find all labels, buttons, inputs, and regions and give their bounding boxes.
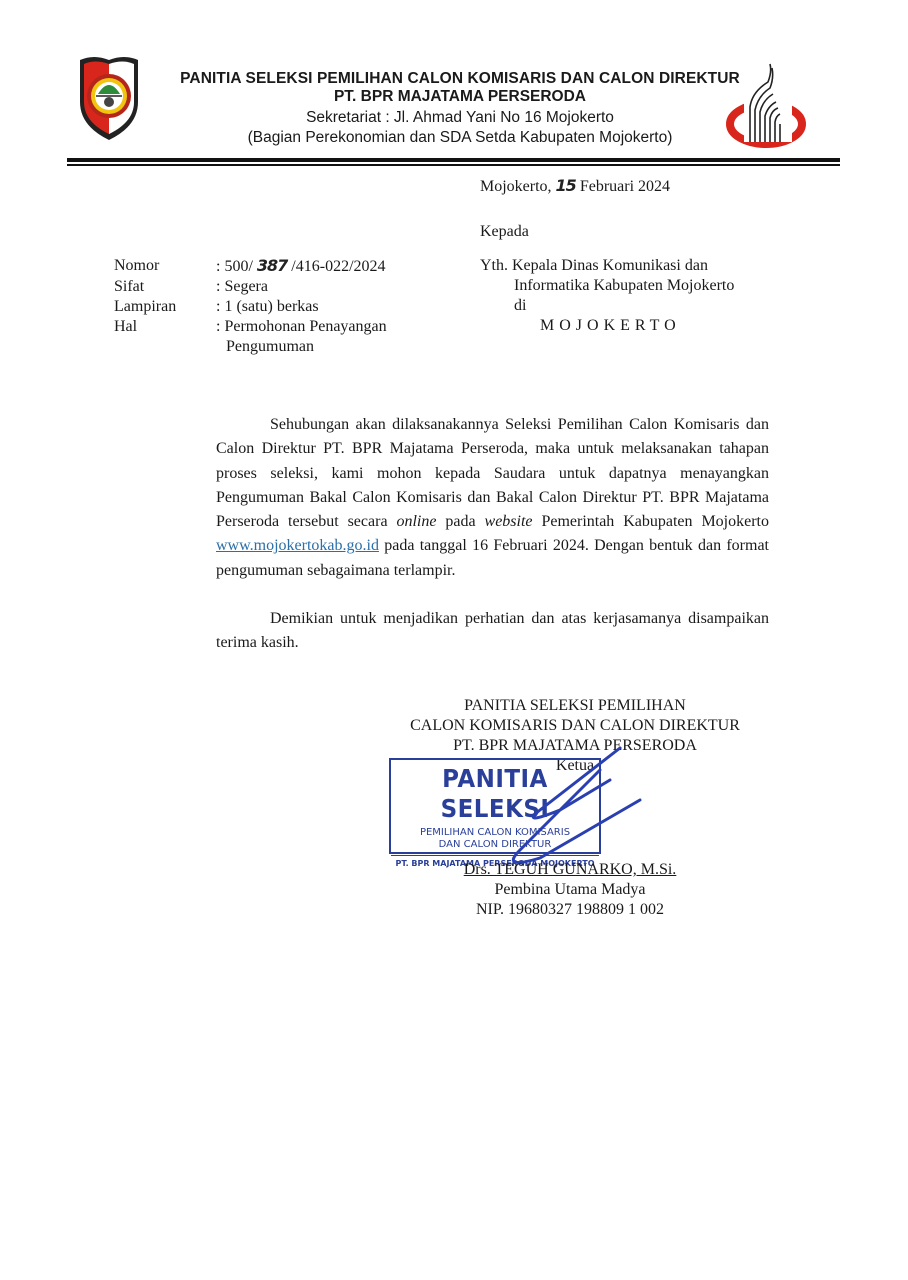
website-link[interactable]: www.mojokertokab.go.id (216, 537, 379, 554)
official-stamp: PANITIA SELEKSI PEMILIHAN CALON KOMISARI… (389, 758, 601, 854)
body-text-segment: Pemerintah Kabupaten Mojokerto (533, 513, 769, 530)
signatory-nip: NIP. 19680327 198809 1 002 (440, 900, 700, 920)
sig-line-2: CALON KOMISARIS DAN CALON DIREKTUR (380, 716, 770, 736)
letterhead-rule-thick (67, 158, 840, 162)
letterhead: PANITIA SELEKSI PEMILIHAN CALON KOMISARI… (160, 70, 760, 148)
lampiran-label: Lampiran (114, 297, 216, 317)
nomor-handwritten: 387 (257, 256, 287, 275)
recipient-city: MOJOKERTO (480, 316, 734, 336)
committee-name: PANITIA SELEKSI PEMILIHAN CALON KOMISARI… (160, 70, 760, 88)
secretariat-address: Sekretariat : Jl. Ahmad Yani No 16 Mojok… (160, 108, 760, 128)
signatory: Drs. TEGUH GUNARKO, M.Si. Pembina Utama … (440, 860, 700, 920)
nomor-value: : 500/ 387 /416-022/2024 (216, 256, 426, 277)
stamp-line-1: PEMILIHAN CALON KOMISARIS (391, 827, 599, 839)
hal-value-continued: Pengumuman (114, 337, 426, 357)
meta-row-lampiran: Lampiran : 1 (satu) berkas (114, 297, 426, 317)
stamp-line-2: DAN CALON DIREKTUR (391, 839, 599, 851)
meta-row-hal: Hal : Permohonan Penayangan (114, 317, 426, 337)
kabupaten-emblem-logo (74, 54, 144, 142)
date-prefix: Mojokerto, (480, 178, 556, 195)
recipient-line-1: Yth. Kepala Dinas Komunikasi dan (480, 256, 734, 276)
nomor-label: Nomor (114, 256, 216, 277)
body-paragraph-1: Sehubungan akan dilaksanakannya Seleksi … (216, 413, 769, 583)
letter-meta: Nomor : 500/ 387 /416-022/2024 Sifat : S… (114, 256, 426, 357)
body-paragraph-2: Demikian untuk menjadikan perhatian dan … (216, 607, 769, 656)
kepada-label: Kepada (480, 222, 529, 242)
signature-block: PANITIA SELEKSI PEMILIHAN CALON KOMISARI… (380, 696, 770, 756)
company-name: PT. BPR MAJATAMA PERSERODA (160, 88, 760, 106)
nomor-prefix: : 500/ (216, 258, 257, 275)
italic-website: website (485, 513, 533, 530)
signatory-name: Drs. TEGUH GUNARKO, M.Si. (440, 860, 700, 880)
stamp-title: PANITIA SELEKSI (399, 764, 590, 824)
sig-line-1: PANITIA SELEKSI PEMILIHAN (380, 696, 770, 716)
date-suffix: Februari 2024 (576, 178, 670, 195)
handwritten-day: 15 (556, 176, 576, 195)
body-text-segment: pada (436, 513, 484, 530)
sig-line-3: PT. BPR MAJATAMA PERSERODA (380, 736, 770, 756)
recipient-line-2: Informatika Kabupaten Mojokerto (480, 276, 734, 296)
lampiran-value: : 1 (satu) berkas (216, 297, 426, 317)
sifat-value: : Segera (216, 277, 426, 297)
letter-body: Sehubungan akan dilaksanakannya Seleksi … (216, 413, 769, 656)
nomor-suffix: /416-022/2024 (287, 258, 385, 275)
hal-value: : Permohonan Penayangan (216, 317, 426, 337)
hal-label: Hal (114, 317, 216, 337)
letterhead-rule-thin (67, 164, 840, 166)
meta-row-sifat: Sifat : Segera (114, 277, 426, 297)
signatory-rank: Pembina Utama Madya (440, 880, 700, 900)
department-line: (Bagian Perekonomian dan SDA Setda Kabup… (160, 128, 760, 148)
sifat-label: Sifat (114, 277, 216, 297)
recipient-address: Yth. Kepala Dinas Komunikasi dan Informa… (480, 256, 734, 336)
bpr-majatama-logo (726, 62, 806, 152)
letter-date: Mojokerto, 15 Februari 2024 (480, 176, 670, 197)
meta-row-nomor: Nomor : 500/ 387 /416-022/2024 (114, 256, 426, 277)
recipient-line-3: di (480, 296, 734, 316)
italic-online: online (396, 513, 436, 530)
